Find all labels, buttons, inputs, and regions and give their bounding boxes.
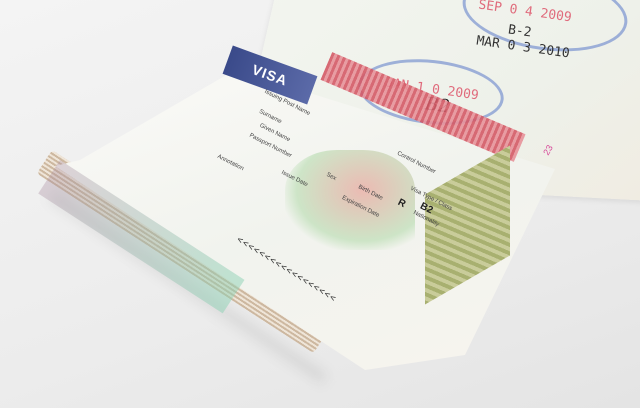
passport-photo: SEP 0 4 2009 B-2 MAR 0 3 2010 JAN 1 0 20…: [0, 0, 640, 408]
